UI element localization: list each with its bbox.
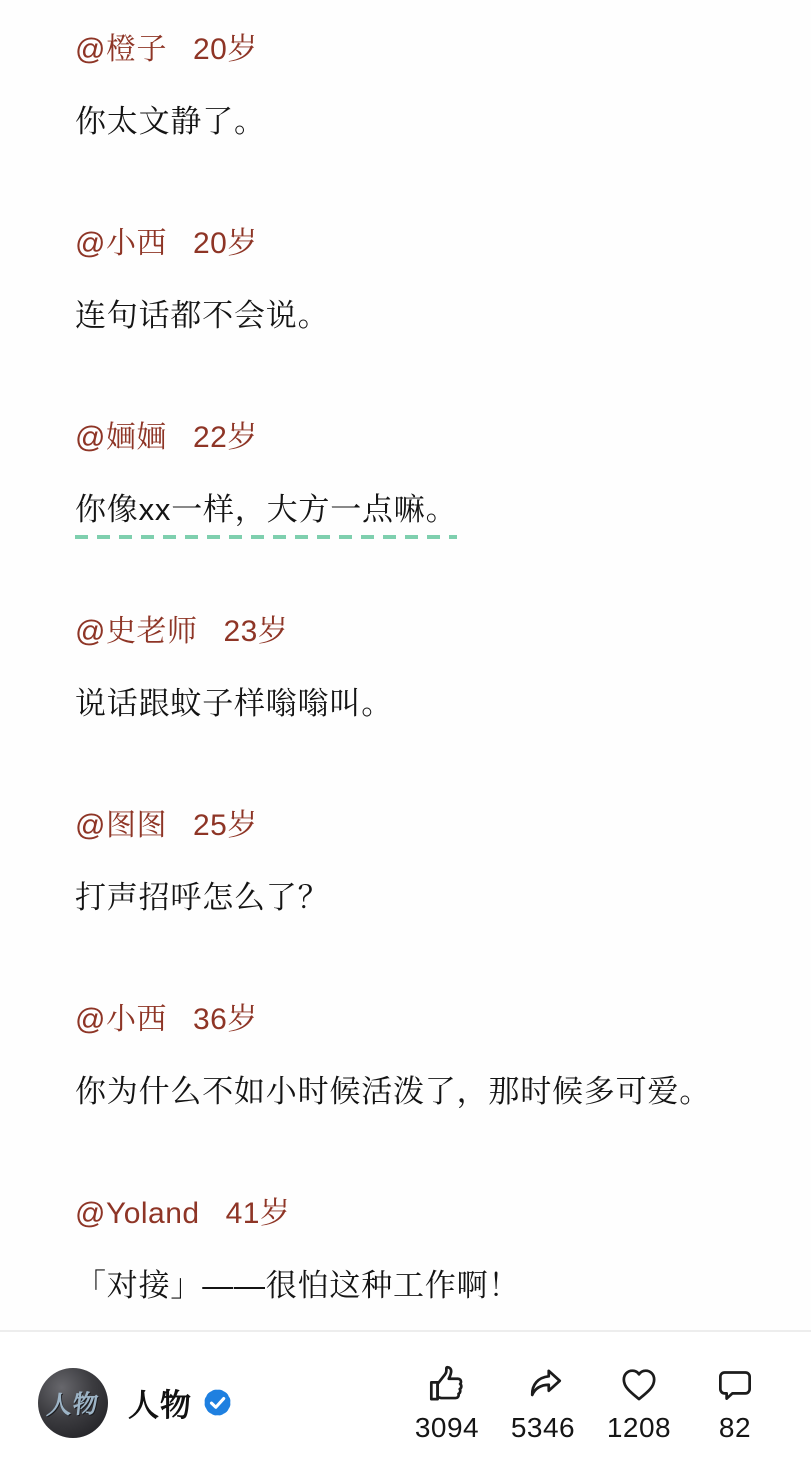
- quote-author-handle: @史老师: [75, 615, 197, 648]
- share-button[interactable]: 5346: [509, 1362, 577, 1443]
- favorite-count: 1208: [607, 1413, 671, 1443]
- quote-text: 你为什么不如小时候活泼了，那时候多可爱。: [75, 1072, 711, 1112]
- quote-item: @Yoland41岁 「对接」——很怕这种工作啊！: [75, 1198, 771, 1306]
- quote-text-line: 说话跟蚊子样嗡嗡叫。: [75, 684, 771, 724]
- quote-item: @橙子20岁 你太文静了。: [75, 34, 771, 228]
- quote-author-age: 20岁: [193, 33, 258, 66]
- quote-author-handle: @Yoland: [75, 1197, 200, 1230]
- quote-text-line: 「对接」——很怕这种工作啊！: [75, 1266, 771, 1306]
- quote-text-line: 打声招呼怎么了？: [75, 878, 771, 918]
- quote-text: 「对接」——很怕这种工作啊！: [75, 1266, 520, 1306]
- account-row[interactable]: 人物 人物: [38, 1368, 233, 1438]
- avatar[interactable]: 人物: [38, 1368, 108, 1438]
- quote-text-line: 你像xx一样，大方一点嘛。: [75, 490, 771, 539]
- quote-author-handle: @图图: [75, 809, 167, 842]
- article-page: @橙子20岁 你太文静了。 @小西20岁 连句话都不会说。 @婳婳22岁 你像x…: [0, 0, 811, 1473]
- avatar-logo-text: 人物: [45, 1384, 101, 1422]
- article-footer-bar: 人物 人物 3094: [0, 1330, 811, 1473]
- thumbs-up-icon: [424, 1362, 470, 1408]
- quote-item: @史老师23岁 说话跟蚊子样嗡嗡叫。: [75, 616, 771, 810]
- heart-icon: [616, 1362, 662, 1408]
- quote-item: @婳婳22岁 你像xx一样，大方一点嘛。: [75, 422, 771, 616]
- quote-item: @小西36岁 你为什么不如小时候活泼了，那时候多可爱。: [75, 1004, 771, 1198]
- quote-author-handle: @小西: [75, 1003, 167, 1036]
- quotes-list: @橙子20岁 你太文静了。 @小西20岁 连句话都不会说。 @婳婳22岁 你像x…: [0, 0, 811, 1330]
- verified-badge-icon: [202, 1387, 233, 1418]
- quote-author-line: @图图25岁: [75, 810, 771, 842]
- share-count: 5346: [511, 1413, 575, 1443]
- quote-author-age: 23岁: [223, 615, 288, 648]
- comment-icon: [712, 1362, 758, 1408]
- account-name: 人物: [128, 1380, 192, 1425]
- quote-author-line: @史老师23岁: [75, 616, 771, 648]
- quote-author-line: @小西36岁: [75, 1004, 771, 1036]
- quote-author-line: @橙子20岁: [75, 34, 771, 66]
- comment-count: 82: [719, 1413, 751, 1443]
- quote-author-age: 41岁: [226, 1197, 291, 1230]
- share-icon: [520, 1362, 566, 1408]
- comment-button[interactable]: 82: [701, 1362, 769, 1443]
- quote-author-line: @小西20岁: [75, 228, 771, 260]
- quote-text: 连句话都不会说。: [75, 296, 329, 336]
- quote-text: 你像xx一样，大方一点嘛。: [75, 490, 457, 539]
- quote-author-age: 20岁: [193, 227, 258, 260]
- quote-author-line: @Yoland41岁: [75, 1198, 771, 1230]
- like-button[interactable]: 3094: [413, 1362, 481, 1443]
- quote-text-line: 你太文静了。: [75, 102, 771, 142]
- quote-text: 你太文静了。: [75, 102, 266, 142]
- quote-item: @小西20岁 连句话都不会说。: [75, 228, 771, 422]
- quote-author-line: @婳婳22岁: [75, 422, 771, 454]
- quote-text: 说话跟蚊子样嗡嗡叫。: [75, 684, 393, 724]
- quote-text-line: 连句话都不会说。: [75, 296, 771, 336]
- like-count: 3094: [415, 1413, 479, 1443]
- quote-item: @图图25岁 打声招呼怎么了？: [75, 810, 771, 1004]
- engagement-stats: 3094 5346 1208 82: [413, 1362, 769, 1443]
- favorite-button[interactable]: 1208: [605, 1362, 673, 1443]
- quote-author-age: 36岁: [193, 1003, 258, 1036]
- quote-author-age: 25岁: [193, 809, 258, 842]
- quote-text-line: 你为什么不如小时候活泼了，那时候多可爱。: [75, 1072, 771, 1112]
- quote-text: 打声招呼怎么了？: [75, 878, 329, 918]
- quote-author-handle: @婳婳: [75, 421, 167, 454]
- quote-author-age: 22岁: [193, 421, 258, 454]
- quote-author-handle: @小西: [75, 227, 167, 260]
- quote-author-handle: @橙子: [75, 33, 167, 66]
